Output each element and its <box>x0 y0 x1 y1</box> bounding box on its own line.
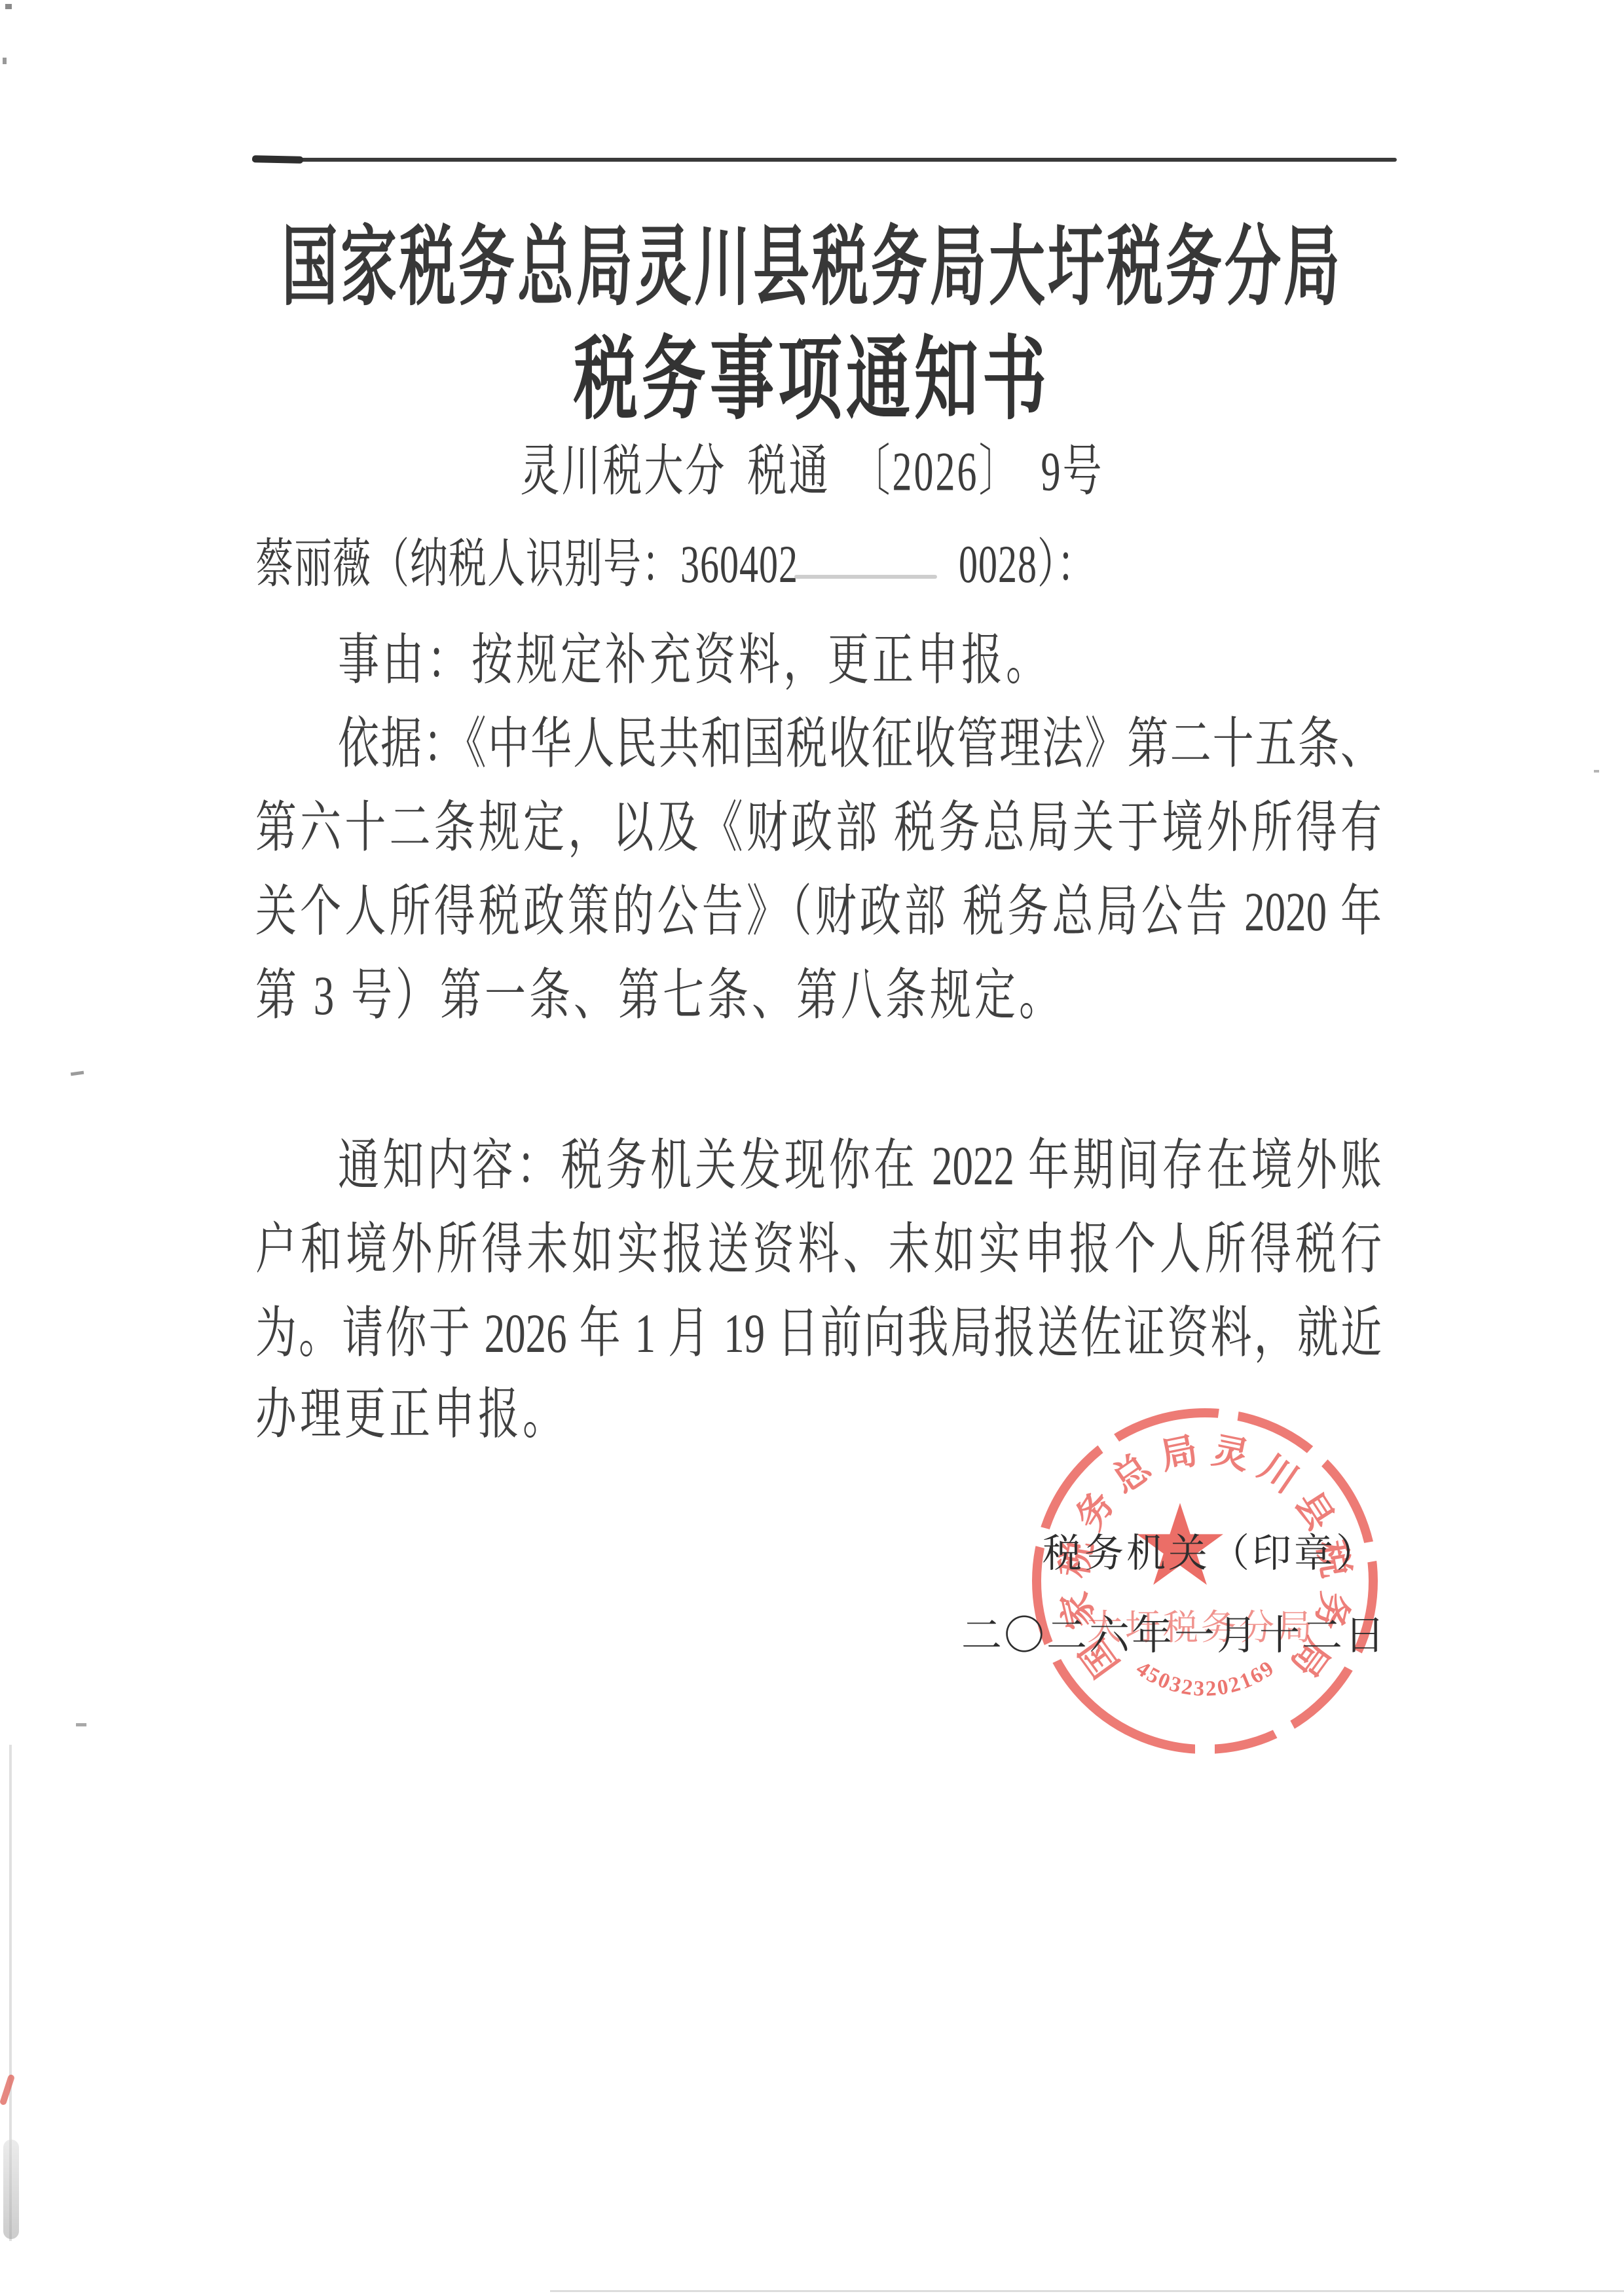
scan-speck <box>71 1071 84 1076</box>
issuing-org-title: 国家税务总局灵川县税务局大圩税务分局 <box>0 196 1624 322</box>
seal-ring-gap <box>1195 1741 1215 1757</box>
basis-line: 依据：《中华人民共和国税收征收管理法》第二十五条、 <box>255 699 1382 780</box>
seal-ring-char: 灵 <box>1206 1429 1255 1478</box>
scan-speck <box>76 1723 86 1726</box>
taxpayer-id-prefix: 360402 <box>680 534 798 594</box>
matter-line: 事由：按规定补充资料，更正申报。 <box>255 615 1382 696</box>
content-line: 通知内容：税务机关发现你在 2022 年期间存在境外账 <box>255 1121 1382 1201</box>
separator-left-blob <box>252 155 303 164</box>
redaction-smudge <box>794 575 937 579</box>
basis-line: 第 3 号）第一条、第七条、第八条规定。 <box>255 951 1382 1031</box>
signature-label: 税务机关（印章） <box>1043 1522 1378 1578</box>
paper-bottom-edge <box>550 2290 1624 2292</box>
taxpayer-id-suffix: 0028 <box>959 534 1037 594</box>
recipient-line: 蔡丽薇（纳税人识别号：3604020028）： <box>255 520 1096 598</box>
header-separator-line <box>252 158 1397 162</box>
basis-line: 关个人所得税政策的公告》（财政部 税务总局公告 2020 年 <box>255 867 1382 947</box>
scan-speck <box>5 4 12 9</box>
seal-ring-char: 局 <box>1154 1429 1204 1478</box>
document-number: 灵川税大分 税通 〔2026〕 9号 <box>0 427 1624 507</box>
recipient-closing: ）： <box>1037 534 1096 594</box>
date-line: 二〇二六年一月十二日 <box>961 1603 1387 1661</box>
recipient-name-label: 蔡丽薇（纳税人识别号： <box>255 534 680 594</box>
seal-ring-gap <box>1217 1406 1239 1424</box>
left-edge-smudge <box>3 2140 19 2239</box>
official-seal: ★ 大圩税务分局 国家税务总局灵川县税务局 450323202169 <box>1032 1408 1378 1754</box>
basis-line: 第六十二条规定，以及《财政部 税务总局关于境外所得有 <box>255 783 1382 864</box>
scan-speck <box>3 58 7 64</box>
document-title: 税务事项通知书 <box>0 306 1624 437</box>
scan-speck <box>1594 770 1599 773</box>
content-line: 户和境外所得未如实报送资料、未如实申报个人所得税行 <box>255 1205 1382 1285</box>
scanned-tax-notice-page: 国家税务总局灵川县税务局大圩税务分局 税务事项通知书 灵川税大分 税通 〔202… <box>0 0 1624 2296</box>
left-edge-red-dash <box>0 2074 15 2106</box>
content-line: 为。请你于 2026 年 1 月 19 日前向我局报送佐证资料，就近 <box>255 1288 1382 1369</box>
